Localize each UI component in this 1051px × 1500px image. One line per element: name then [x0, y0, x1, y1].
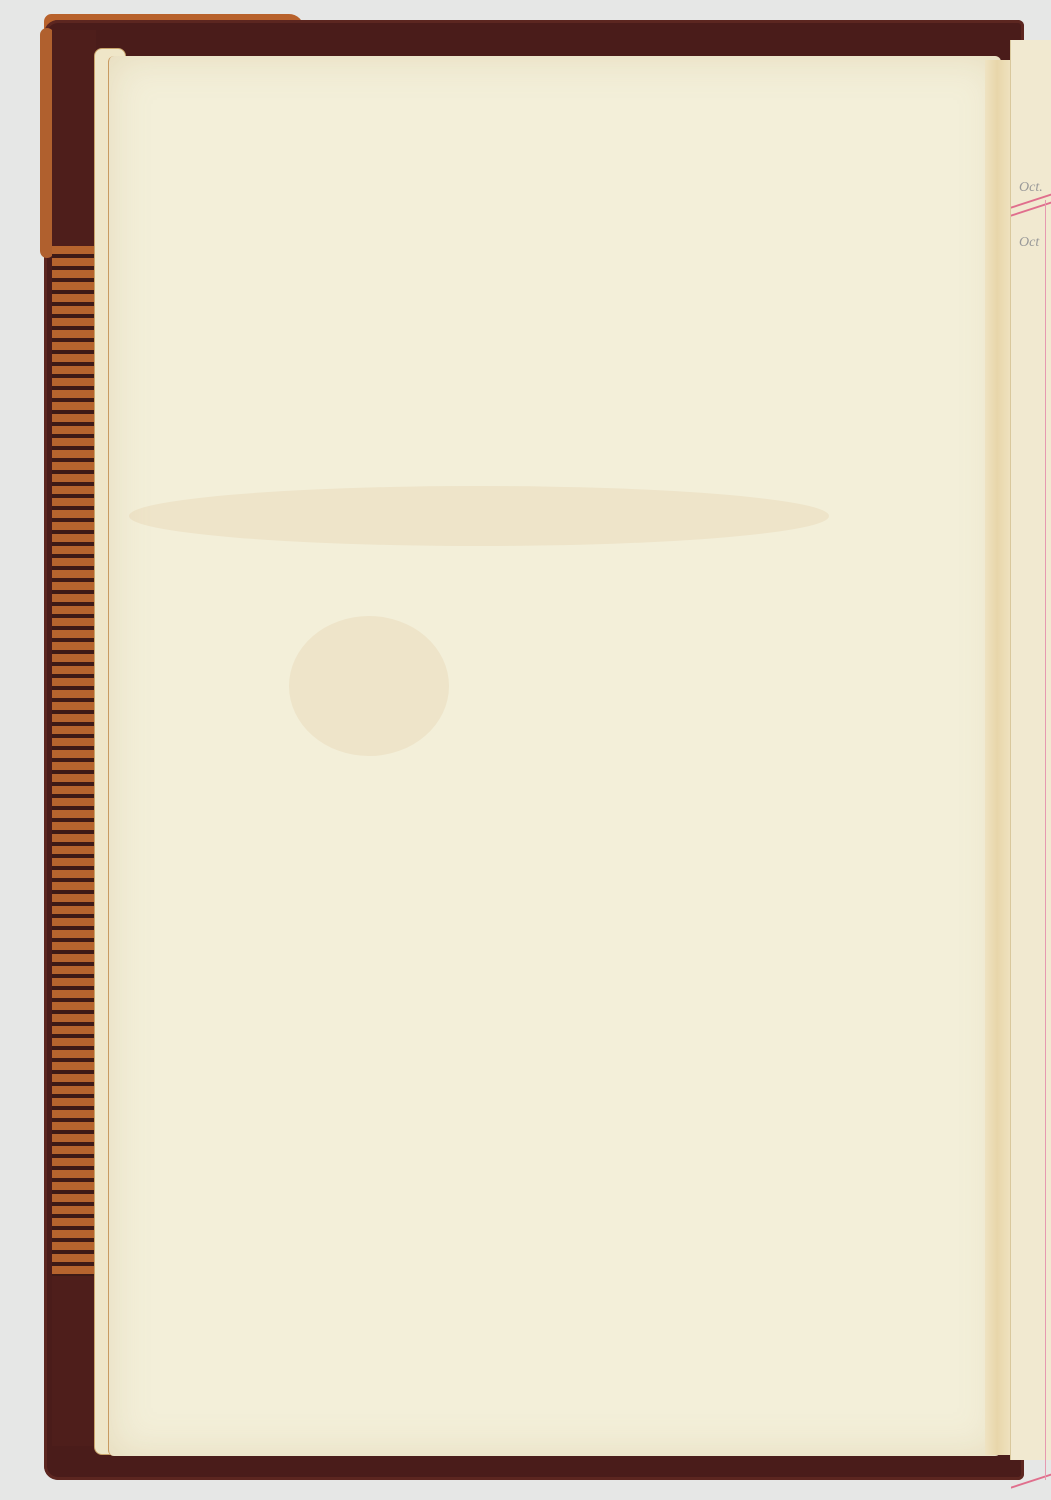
handwriting: Oct. — [1019, 180, 1043, 196]
page-stain — [129, 486, 829, 546]
leather-corner-top — [52, 30, 96, 246]
margin-line — [1045, 200, 1046, 1480]
leather-corner-bottom — [52, 1276, 96, 1446]
blank-page — [108, 56, 1001, 1456]
page-stain — [289, 616, 449, 756]
striped-spine — [52, 246, 96, 1276]
facing-ledger-page: Oct. Oct — [1010, 40, 1051, 1460]
handwriting: Oct — [1019, 235, 1039, 251]
